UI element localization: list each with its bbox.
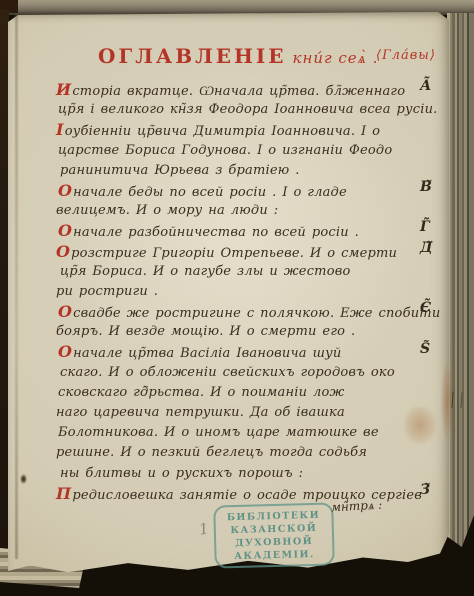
chapters-header-note: ⟨Гла́вы⟩: [376, 48, 436, 63]
line-text: решине. И о пезкий беглецъ тогда содьбя: [56, 445, 367, 460]
line-text: свадбе же ростригине с полячкою. Еже спо…: [73, 306, 440, 321]
line-text: велицемъ. И о мору на люди :: [56, 203, 278, 218]
manuscript-line: царстве Бориса Годунова. І о изгнаніи Фе…: [58, 141, 422, 161]
manuscript-line: цр̃я Бориса. И о пагубе злы и жестово: [60, 262, 422, 282]
line-text: ранинитича Юрьева з братіею .: [60, 163, 300, 178]
manuscript-line: ны блитвы и о рускихъ порошъ :: [60, 464, 422, 484]
book-fore-edge: [447, 13, 474, 547]
title-text: ОГЛАВЛЕНІЕ: [98, 44, 287, 68]
line-text: скаго. И о обложеніи свейскихъ городовъ …: [60, 365, 395, 380]
red-initial-letter: П: [56, 484, 71, 503]
line-text: начале беды по всей росіи . І о гладе: [73, 185, 347, 200]
manuscript-line: сковскаго гд̃рьства. И о поиманіи лож: [58, 383, 422, 403]
text-lines: Исторіа вкратце. Ѡначала цр̃тва. бл̃женн…: [56, 80, 422, 504]
page-title: ОГЛАВЛЕНІЕкни́г сеѧ̀ .: [98, 44, 378, 68]
ink-speck: [20, 474, 27, 484]
manuscript-line: ранинитича Юрьева з братіею .: [60, 161, 422, 181]
manuscript-line: Исторіа вкратце. Ѡначала цр̃тва. бл̃женн…: [56, 80, 422, 100]
line-text: наго царевича петрушки. Да об івашка: [56, 405, 345, 420]
red-initial-letter: О: [58, 181, 72, 200]
manuscript-line: Оначале беды по всей росіи . І о гладе: [58, 181, 422, 201]
manuscript-line: Іоубіенніи цр̃вича Димитріа Іоанновича. …: [56, 120, 422, 140]
book-spine-shadow: [0, 9, 9, 561]
line-text: розстриге Григоріи Отрепьеве. И о смерти: [71, 246, 397, 261]
line-text: начале разбойничества по всей росіи .: [73, 225, 359, 240]
manuscript-line: цр̃я і великого кн̃зя Феодора Іоанновича…: [58, 100, 422, 120]
red-initial-letter: І: [56, 120, 64, 139]
manuscript-line: Освадбе же ростригине с полячкою. Еже сп…: [58, 302, 422, 322]
monastery-abbrev-note: мн̃трѧ :: [331, 498, 383, 516]
red-initial-letter: О: [56, 242, 70, 261]
page-crease: [15, 14, 18, 559]
line-text: ри ростриги .: [56, 284, 158, 299]
red-initial-letter: О: [58, 302, 72, 321]
line-text: сторіа вкратце. Ѡначала цр̃тва. бл̃женна…: [72, 84, 405, 99]
manuscript-line: велицемъ. И о мору на люди :: [56, 201, 422, 221]
line-text: цр̃я Бориса. И о пагубе злы и жестово: [60, 264, 351, 279]
manuscript-line: Болотникова. И о иномъ царе матюшке ве: [58, 423, 422, 443]
red-initial-letter: О: [58, 342, 72, 361]
line-text: ны блитвы и о рускихъ порошъ :: [60, 466, 303, 481]
red-initial-letter: О: [58, 221, 72, 240]
title-suffix: кни́г сеѧ̀ .: [293, 49, 379, 67]
line-text: оубіенніи цр̃вича Димитріа Іоанновича. І…: [65, 124, 381, 139]
line-text: бояръ. И везде мощію. И о смерти его .: [56, 324, 355, 339]
line-text: сковскаго гд̃рьства. И о поиманіи лож: [58, 385, 345, 400]
margin-pen-trials: [451, 392, 462, 409]
line-text: Болотникова. И о иномъ царе матюшке ве: [58, 425, 379, 440]
manuscript-line: скаго. И о обложеніи свейскихъ городовъ …: [60, 363, 422, 383]
manuscript-line: Оначале цр̃тва Васіліа Івановича шуй: [58, 342, 422, 362]
manuscript-line: наго царевича петрушки. Да об івашка: [56, 403, 422, 423]
manuscript-line: бояръ. И везде мощію. И о смерти его .: [56, 322, 422, 342]
library-stamp: БИБЛІОТЕКИКАЗАНСКОЙДУХОВНОЙАКАДЕМІИ.: [213, 502, 335, 568]
stamp-text-line: АКАДЕМІИ.: [218, 548, 330, 564]
line-text: цр̃я і великого кн̃зя Феодора Іоанновича…: [58, 102, 438, 117]
manuscript-line: решине. И о пезкий беглецъ тогда содьбя: [56, 443, 422, 463]
manuscript-line: Оначале разбойничества по всей росіи .: [58, 221, 422, 241]
line-text: начале цр̃тва Васіліа Івановича шуй: [73, 346, 341, 361]
manuscript-line: ри ростриги .: [56, 282, 422, 302]
red-initial-letter: И: [56, 80, 71, 99]
line-text: царстве Бориса Годунова. І о изгнаніи Фе…: [58, 143, 392, 158]
manuscript-line: Орозстриге Григоріи Отрепьеве. И о смерт…: [56, 242, 422, 262]
